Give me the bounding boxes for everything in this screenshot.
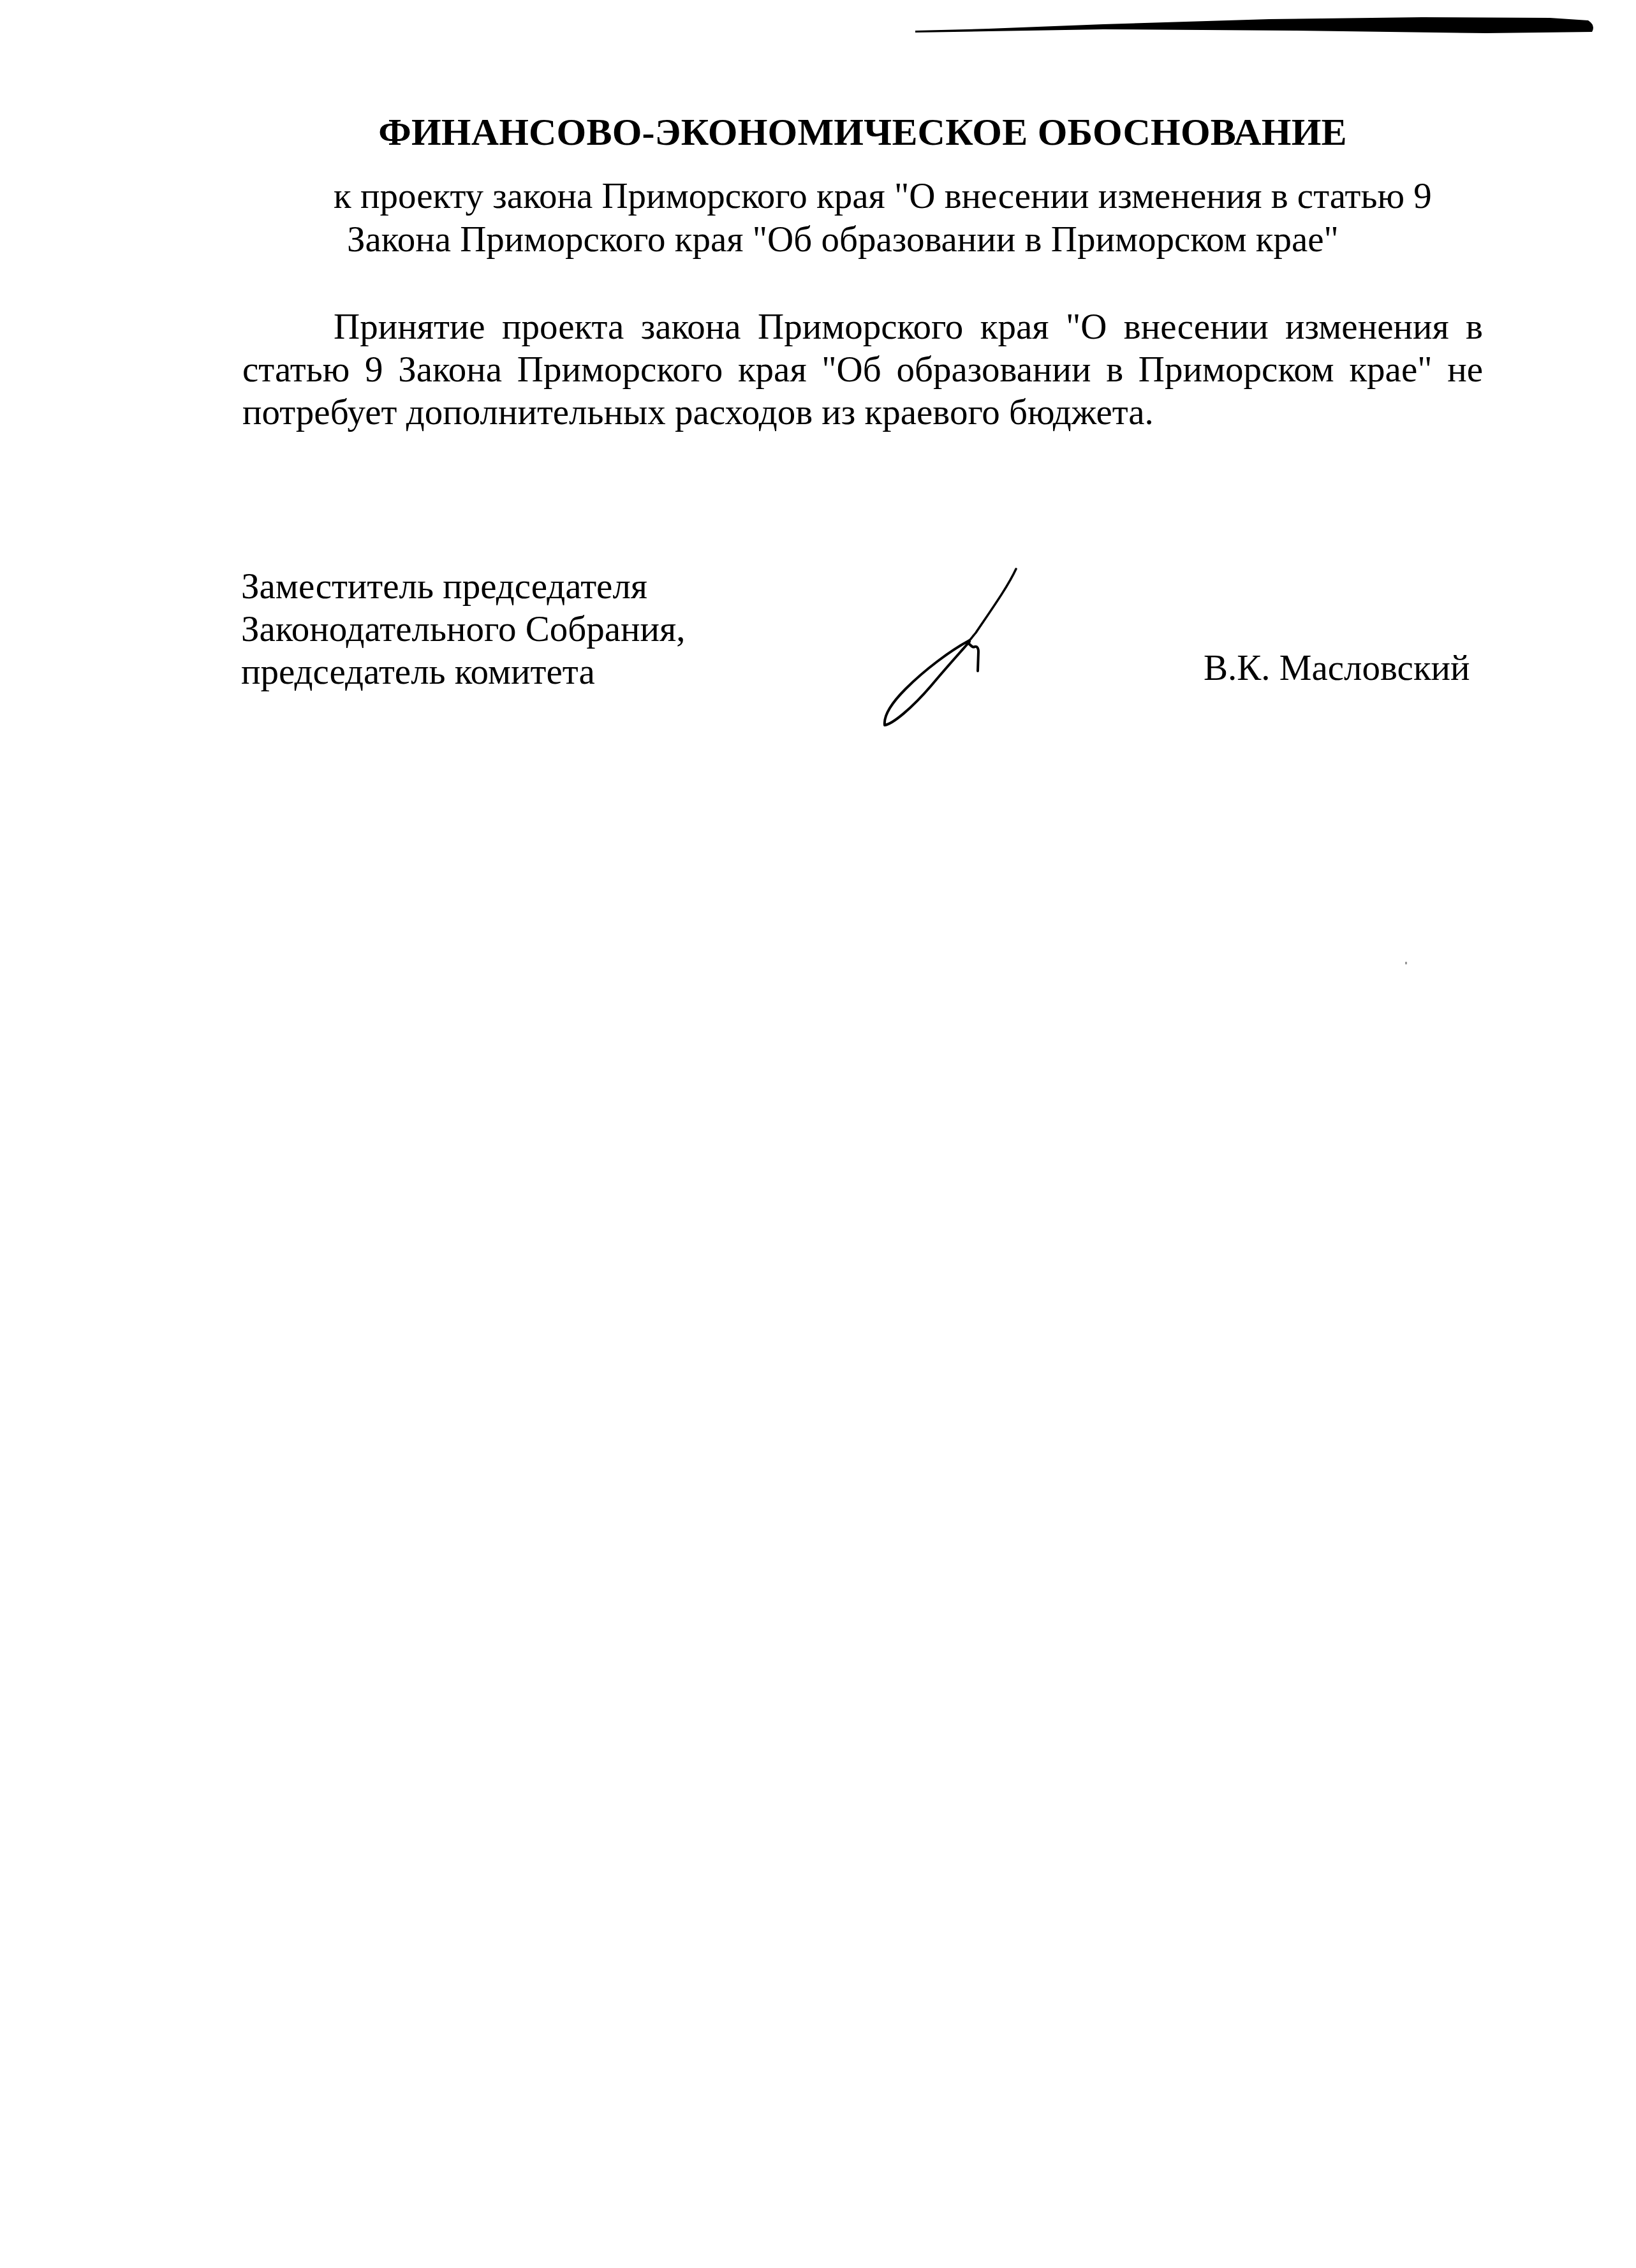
position-line-3: председатель комитета xyxy=(241,651,686,693)
body-line-2: статью 9 Закона Приморского края "Об обр… xyxy=(242,348,1483,391)
body-line-1: Принятие проекта закона Приморского края… xyxy=(242,306,1483,348)
position-line-2: Законодательного Собрания, xyxy=(241,608,686,651)
position-line-1: Заместитель председателя xyxy=(241,565,686,608)
signatory-position: Заместитель председателя Законодательног… xyxy=(241,565,686,693)
body-paragraph: Принятие проекта закона Приморского края… xyxy=(242,306,1483,434)
document-title: ФИНАНСОВО-ЭКОНОМИЧЕСКОЕ ОБОСНОВАНИЕ xyxy=(242,113,1483,151)
document-page: ФИНАНСОВО-ЭКОНОМИЧЕСКОЕ ОБОСНОВАНИЕ к пр… xyxy=(0,0,1636,2268)
signatory-name: В.К. Масловский xyxy=(1204,647,1470,689)
scan-speck xyxy=(1405,962,1407,964)
subtitle-line-2: Закона Приморского края "Об образовании … xyxy=(347,218,1339,261)
subtitle-line-1: к проекту закона Приморского края "О вне… xyxy=(334,175,1432,217)
handwritten-signature-icon xyxy=(874,561,1027,733)
body-line-3: потребует дополнительных расходов из кра… xyxy=(242,391,1483,434)
scan-edge-line xyxy=(912,9,1598,38)
